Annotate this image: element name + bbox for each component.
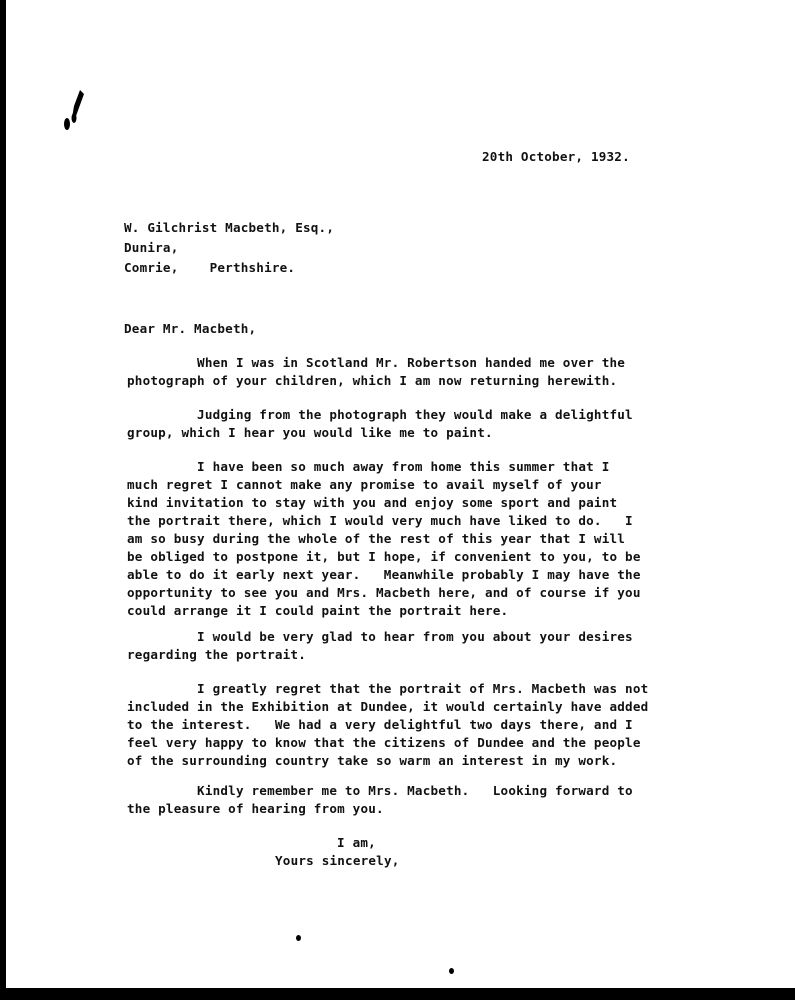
body-line: be obliged to postpone it, but I hope, i…: [127, 551, 641, 564]
body-line: could arrange it I could paint the portr…: [127, 605, 508, 618]
scan-left-border: [0, 0, 6, 1000]
body-line: much regret I cannot make any promise to…: [127, 479, 602, 492]
body-line: Kindly remember me to Mrs. Macbeth. Look…: [127, 785, 633, 798]
ink-speck: [449, 968, 454, 974]
body-line: I have been so much away from home this …: [127, 461, 610, 474]
body-line: opportunity to see you and Mrs. Macbeth …: [127, 587, 641, 600]
closing-line: I am,: [337, 837, 376, 850]
body-line: I greatly regret that the portrait of Mr…: [127, 683, 648, 696]
ink-speck: [296, 935, 301, 941]
body-line: Judging from the photograph they would m…: [127, 409, 633, 422]
letter-date: 20th October, 1932.: [482, 151, 630, 164]
recipient-line: Dunira,: [124, 242, 178, 255]
closing-line: Yours sincerely,: [275, 855, 400, 868]
body-line: feel very happy to know that the citizen…: [127, 737, 641, 750]
body-line: kind invitation to stay with you and enj…: [127, 497, 617, 510]
body-line: able to do it early next year. Meanwhile…: [127, 569, 641, 582]
body-line: the pleasure of hearing from you.: [127, 803, 384, 816]
recipient-line: Comrie, Perthshire.: [124, 262, 295, 275]
salutation: Dear Mr. Macbeth,: [124, 323, 256, 336]
recipient-line: W. Gilchrist Macbeth, Esq.,: [124, 222, 334, 235]
body-line: the portrait there, which I would very m…: [127, 515, 633, 528]
body-line: of the surrounding country take so warm …: [127, 755, 617, 768]
body-line: included in the Exhibition at Dundee, it…: [127, 701, 648, 714]
body-line: am so busy during the whole of the rest …: [127, 533, 625, 546]
body-line: regarding the portrait.: [127, 649, 306, 662]
body-line: to the interest. We had a very delightfu…: [127, 719, 633, 732]
body-line: group, which I hear you would like me to…: [127, 427, 493, 440]
body-line: When I was in Scotland Mr. Robertson han…: [127, 357, 625, 370]
body-line: I would be very glad to hear from you ab…: [127, 631, 633, 644]
scan-bottom-border: [0, 988, 795, 1000]
body-line: photograph of your children, which I am …: [127, 375, 617, 388]
ink-blot-mark: [62, 88, 86, 132]
